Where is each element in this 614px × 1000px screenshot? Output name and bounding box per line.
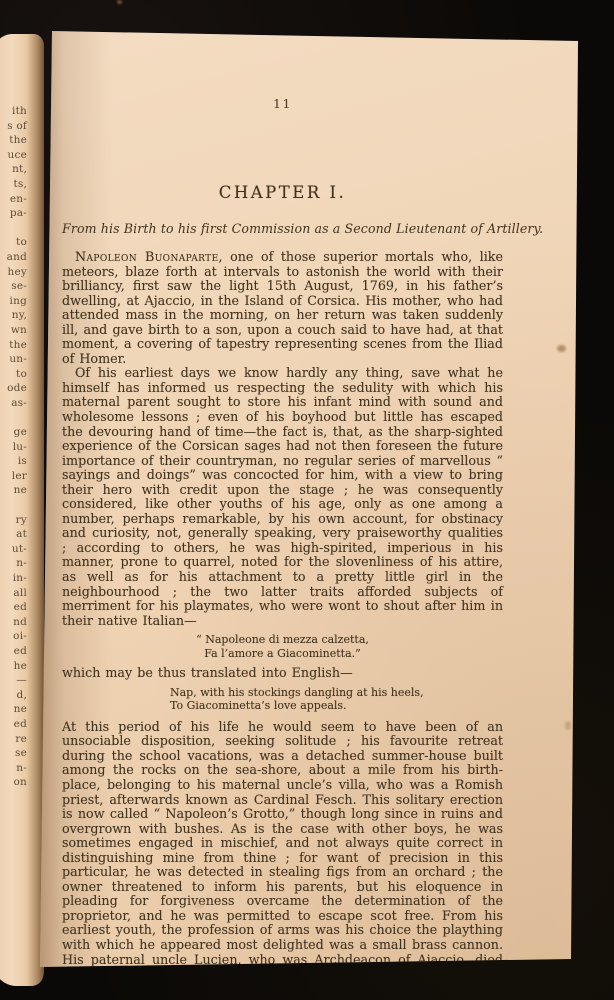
foxing-spot [117, 0, 122, 4]
page-text-block: Napoleon Buonaparte, one of those superi… [62, 250, 503, 982]
italian-verse: “ Napoleone di mezza calzetta, Fa l’amor… [62, 633, 503, 660]
foxing-spot [557, 345, 566, 352]
paragraph-unsociable-disposition: At this period of his life he would seem… [62, 720, 503, 982]
foxing-spot [193, 901, 204, 909]
book-page: 11 CHAPTER I. From his Birth to his firs… [0, 0, 614, 1000]
page-number: 11 [62, 96, 503, 111]
english-verse: Nap, with his stockings dangling at his … [62, 686, 503, 713]
paragraph-earliest-days: Of his earliest days we know hardly any … [62, 366, 503, 628]
book-photo-background: ith s of the uce nt, ts, en- pa- to and … [0, 0, 614, 1000]
foxing-spot [565, 721, 571, 730]
chapter-heading: CHAPTER I. [62, 183, 503, 202]
facing-page-edge: ith s of the uce nt, ts, en- pa- to and … [0, 34, 44, 986]
facing-page-text-fragments: ith s of the uce nt, ts, en- pa- to and … [0, 104, 27, 790]
paragraph-body-text: , one of those superior mortals who, lik… [62, 249, 503, 366]
paragraph-birth: Napoleon Buonaparte, one of those superi… [62, 250, 503, 366]
chapter-subtitle: From his Birth to his first Commission a… [62, 221, 503, 236]
translation-intro: which may be thus translated into Englis… [62, 666, 503, 681]
paragraph-lead-smallcaps: Napoleon Buonaparte [75, 249, 219, 264]
